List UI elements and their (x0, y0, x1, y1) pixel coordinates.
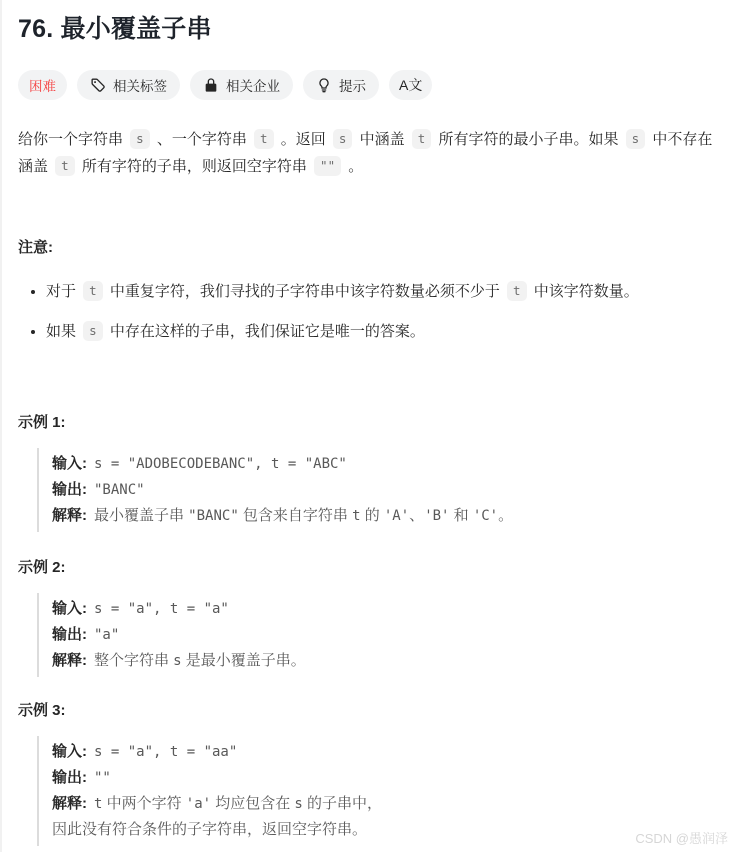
explanation-label: 解释: (52, 795, 87, 812)
input-value: s = "a", t = "aa" (94, 743, 237, 760)
example-line: 输出:"" (52, 765, 717, 791)
related-companies-button[interactable]: 相关企业 (190, 70, 293, 100)
code-text: "BANC" (94, 482, 145, 498)
translate-icon: A文 (399, 75, 422, 95)
inline-code: s (83, 321, 103, 341)
translate-button[interactable]: A文 (389, 70, 432, 100)
code-text: s = "a", t = "a" (94, 601, 229, 617)
inline-code: t (507, 281, 527, 301)
output-label: 输出: (52, 769, 87, 786)
code-text: s (173, 653, 181, 669)
badge-toolbar: 困难 相关标签 相关企业 (18, 70, 717, 100)
explanation-value: 最小覆盖子串 "BANC" 包含来自字符串 t 的 'A'、'B' 和 'C'。 (94, 507, 513, 524)
code-text: 'a' (186, 796, 211, 812)
related-companies-label: 相关企业 (226, 75, 280, 95)
example-2-block: 输入:s = "a", t = "a" 输出:"a" 解释:整个字符串 s 是最… (37, 593, 717, 677)
lock-icon (203, 77, 219, 93)
code-text: s = "ADOBECODEBANC", t = "ABC" (94, 456, 347, 472)
code-text: "" (94, 770, 111, 786)
inline-code: t (83, 281, 103, 301)
example-line: 解释:整个字符串 s 是最小覆盖子串。 (52, 648, 717, 674)
code-text: "BANC" (188, 508, 239, 524)
tag-icon (90, 77, 106, 93)
page-title: 76. 最小覆盖子串 (18, 14, 717, 44)
watermark: CSDN @愚润泽 (635, 828, 728, 847)
example-1-block: 输入:s = "ADOBECODEBANC", t = "ABC" 输出:"BA… (37, 448, 717, 532)
example-3-block: 输入:s = "a", t = "aa" 输出:"" 解释:t 中两个字符 'a… (37, 736, 717, 846)
hint-label: 提示 (339, 75, 366, 95)
code-text: 'A' (384, 508, 409, 524)
example-line: 输出:"BANC" (52, 477, 717, 503)
input-value: s = "a", t = "a" (94, 600, 229, 617)
example-3-heading: 示例 3: (18, 701, 717, 720)
inline-code: s (333, 129, 353, 149)
example-line: 输入:s = "a", t = "a" (52, 596, 717, 622)
note-item: 如果 s 中存在这样的子串，我们保证它是唯一的答案。 (46, 321, 717, 343)
example-line: 解释:t 中两个字符 'a' 均应包含在 s 的子串中， (52, 791, 717, 817)
inline-code: "" (314, 156, 341, 176)
code-text: 'B' (424, 508, 449, 524)
code-text: t (352, 508, 360, 524)
output-value: "BANC" (94, 481, 145, 498)
code-text: t (94, 796, 102, 812)
example-line: 输入:s = "ADOBECODEBANC", t = "ABC" (52, 451, 717, 477)
inline-code: t (254, 129, 274, 149)
example-line: 输入:s = "a", t = "aa" (52, 739, 717, 765)
code-text: s (294, 796, 302, 812)
related-tags-label: 相关标签 (113, 75, 167, 95)
code-text: s = "a", t = "aa" (94, 744, 237, 760)
output-label: 输出: (52, 481, 87, 498)
explanation-value: t 中两个字符 'a' 均应包含在 s 的子串中， (94, 795, 382, 812)
code-text: "a" (94, 627, 119, 643)
explanation-value: 整个字符串 s 是最小覆盖子串。 (94, 652, 306, 669)
explanation-value-cont: 因此没有符合条件的子字符串，返回空字符串。 (52, 821, 367, 838)
input-label: 输入: (52, 455, 87, 472)
explanation-label: 解释: (52, 507, 87, 524)
code-text: 'C' (473, 508, 498, 524)
inline-code: t (55, 156, 75, 176)
problem-page: 76. 最小覆盖子串 困难 相关标签 相关企业 (0, 0, 735, 852)
example-line: 因此没有符合条件的子字符串，返回空字符串。 (52, 817, 717, 843)
related-tags-button[interactable]: 相关标签 (77, 70, 180, 100)
inline-code: t (412, 129, 432, 149)
problem-description: 给你一个字符串 s 、一个字符串 t 。返回 s 中涵盖 t 所有字符的最小子串… (18, 126, 717, 180)
hint-button[interactable]: 提示 (303, 70, 379, 100)
lightbulb-icon (316, 77, 332, 93)
output-label: 输出: (52, 626, 87, 643)
note-list: 对于 t 中重复字符，我们寻找的子字符串中该字符数量必须不少于 t 中该字符数量… (18, 281, 717, 343)
example-line: 解释:最小覆盖子串 "BANC" 包含来自字符串 t 的 'A'、'B' 和 '… (52, 503, 717, 529)
note-item: 对于 t 中重复字符，我们寻找的子字符串中该字符数量必须不少于 t 中该字符数量… (46, 281, 717, 303)
output-value: "" (94, 769, 111, 786)
input-value: s = "ADOBECODEBANC", t = "ABC" (94, 455, 347, 472)
difficulty-badge[interactable]: 困难 (18, 70, 67, 100)
inline-code: s (130, 129, 150, 149)
example-1-heading: 示例 1: (18, 413, 717, 432)
input-label: 输入: (52, 600, 87, 617)
output-value: "a" (94, 626, 119, 643)
input-label: 输入: (52, 743, 87, 760)
inline-code: s (626, 129, 646, 149)
example-2-heading: 示例 2: (18, 558, 717, 577)
example-line: 输出:"a" (52, 622, 717, 648)
explanation-label: 解释: (52, 652, 87, 669)
note-heading: 注意: (18, 238, 717, 257)
